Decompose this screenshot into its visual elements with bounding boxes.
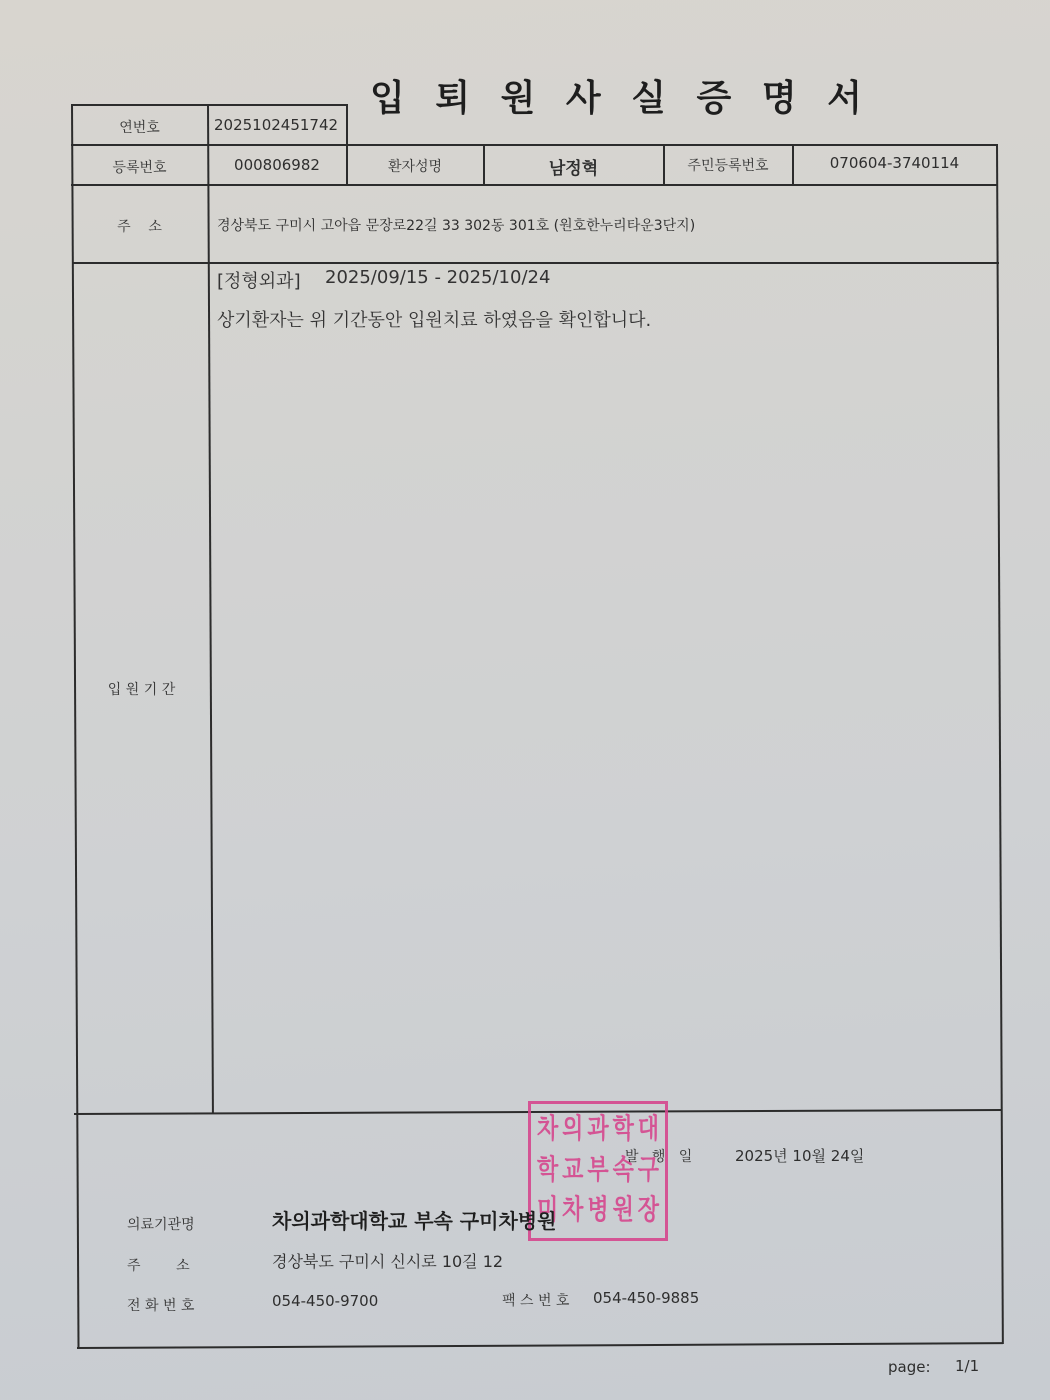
registration-number-value: 000806982: [208, 156, 346, 174]
address-label: 주 소: [72, 216, 207, 236]
institution-address-label: 주 소: [127, 1255, 190, 1275]
serial-number-value: 2025102451742: [214, 116, 338, 134]
resident-number-value: 070604-3740114: [793, 154, 996, 172]
table-border: [71, 144, 997, 146]
institution-label: 의료기관명: [127, 1214, 195, 1234]
stamp-character: 원: [611, 1186, 636, 1237]
stamp-character: 차: [560, 1186, 585, 1237]
patient-address-value: 경상북도 구미시 고아읍 문장로22길 33 302동 301호 (원호한누리타…: [217, 215, 695, 235]
issue-date-label: 발 행 일: [625, 1146, 692, 1166]
table-border: [72, 262, 999, 264]
table-border: [77, 1342, 1003, 1348]
document-title: 입 퇴 원 사 실 증 명 서: [370, 70, 871, 121]
admission-period-label: 입 원 기 간: [74, 679, 209, 699]
institution-address-value: 경상북도 구미시 신시로 10길 12: [272, 1249, 503, 1272]
table-border: [346, 104, 348, 145]
registration-number-label: 등록번호: [72, 157, 207, 177]
patient-name-value: 남정혁: [484, 154, 663, 179]
admission-dates: 2025/09/15 - 2025/10/24: [325, 267, 550, 288]
stamp-character: 병: [585, 1186, 610, 1237]
issue-date-value: 2025년 10월 24일: [735, 1145, 864, 1166]
patient-name-label: 환자성명: [347, 156, 483, 176]
fax-label: 팩 스 번 호: [502, 1290, 569, 1310]
serial-number-label: 연번호: [72, 117, 207, 137]
phone-value: 054-450-9700: [272, 1292, 378, 1310]
resident-number-label: 주민등록번호: [664, 155, 792, 175]
department: [정형외과]: [217, 267, 301, 293]
admission-statement: 상기환자는 위 기간동안 입원치료 하였음을 확인합니다.: [217, 306, 651, 332]
fax-value: 054-450-9885: [593, 1289, 699, 1307]
stamp-character: 장: [636, 1186, 661, 1237]
page-number: 1/1: [955, 1357, 979, 1375]
phone-label: 전 화 번 호: [127, 1295, 194, 1315]
table-border: [71, 184, 998, 186]
table-border: [71, 104, 79, 1348]
institution-name: 차의과학대학교 부속 구미차병원: [272, 1205, 556, 1234]
table-border: [996, 144, 1003, 1344]
page-label: page:: [888, 1358, 931, 1376]
table-border: [207, 104, 213, 1114]
